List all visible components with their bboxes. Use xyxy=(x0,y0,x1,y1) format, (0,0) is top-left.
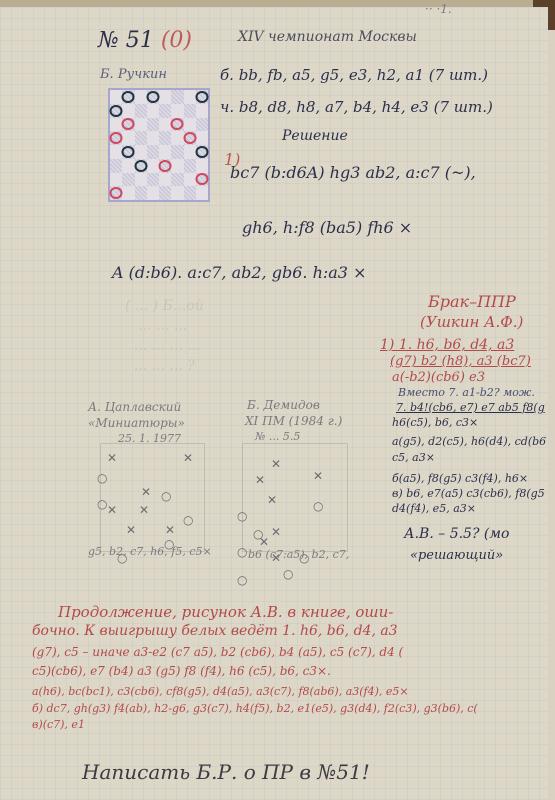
diagram-b-board: ✕✕✕✕✕✕✕○○○○○○○ xyxy=(242,443,348,552)
board-square xyxy=(159,145,171,159)
diagram-a-board: ✕✕✕✕✕✕✕○○○○○○ xyxy=(100,443,205,552)
board-square xyxy=(110,173,122,187)
board-square xyxy=(184,173,196,187)
circle-mark-icon: ○ xyxy=(97,498,107,510)
board-square xyxy=(135,159,147,173)
red-footer-line: бочно. К выигрышу белых ведёт 1. h6, b6,… xyxy=(32,623,398,639)
board-square xyxy=(196,173,208,187)
board-square xyxy=(171,131,183,145)
board-square xyxy=(135,118,147,132)
red-footer-line: (g7), c5 – иначе a3-e2 (c7 a5), b2 (cb6)… xyxy=(32,645,403,659)
cross-mark-icon: ✕ xyxy=(107,452,117,464)
top-marks: ·· ·1. xyxy=(425,2,452,16)
board-square xyxy=(122,159,134,173)
cross-mark-icon: ✕ xyxy=(141,486,151,498)
red-note-title: Брак–ППР xyxy=(428,292,516,311)
cross-mark-icon: ✕ xyxy=(183,452,193,464)
board-square xyxy=(147,131,159,145)
board-square xyxy=(159,104,171,118)
board-square xyxy=(196,159,208,173)
board-square xyxy=(184,145,196,159)
cross-mark-icon: ✕ xyxy=(107,504,117,516)
circle-mark-icon: ○ xyxy=(237,574,247,586)
cross-mark-icon: ✕ xyxy=(271,458,281,470)
board-square xyxy=(147,159,159,173)
red-checker-piece xyxy=(110,187,123,199)
red-footer-line: б) dc7, gh(g3) f4(ab), h2-g6, g3(c7), h4… xyxy=(32,702,478,715)
analysis-verdict: А.В. – 5.5? (мо xyxy=(404,526,509,542)
problem-number: № 51 (0) xyxy=(98,28,192,53)
red-checker-piece xyxy=(183,132,196,144)
cross-mark-icon: ✕ xyxy=(271,526,281,538)
diagram-b-source: XI ПМ (1984 г.) xyxy=(245,414,342,428)
board-square xyxy=(135,104,147,118)
board-square xyxy=(147,173,159,187)
board-square xyxy=(147,104,159,118)
board-square xyxy=(159,90,171,104)
board-square xyxy=(184,131,196,145)
board-square xyxy=(196,90,208,104)
board-square xyxy=(122,118,134,132)
red-checker-piece xyxy=(195,173,208,185)
board-square xyxy=(135,173,147,187)
diagram-b-author: Б. Демидов xyxy=(247,398,320,412)
circle-mark-icon: ○ xyxy=(237,546,247,558)
board-square xyxy=(122,173,134,187)
analysis-line: h6(c5), b6, c3× xyxy=(392,416,478,429)
black-checker-piece xyxy=(110,105,123,117)
board-square xyxy=(184,104,196,118)
board-square xyxy=(184,90,196,104)
board-square xyxy=(159,131,171,145)
circle-mark-icon: ○ xyxy=(283,568,293,580)
diagram-a-source: «Миниатюры» xyxy=(88,416,185,430)
problem-author: Б. Ручкин xyxy=(100,67,167,82)
board-square xyxy=(122,186,134,200)
diagram-b-number: № ... 5.5 xyxy=(255,430,300,443)
red-checker-piece xyxy=(122,118,135,130)
board-square xyxy=(147,90,159,104)
board-square xyxy=(159,186,171,200)
board-square xyxy=(147,186,159,200)
solution-heading: Решение xyxy=(282,128,348,144)
board-square xyxy=(122,104,134,118)
board-square xyxy=(110,90,122,104)
red-footer-line: в)(c7), e1 xyxy=(32,718,85,731)
board-square xyxy=(122,145,134,159)
cross-mark-icon: ✕ xyxy=(267,494,277,506)
solution-line-1: bc7 (b:d6A) hg3 ab2, a:c7 (~), xyxy=(230,163,476,182)
circle-mark-icon: ○ xyxy=(237,510,247,522)
black-checker-piece xyxy=(122,91,135,103)
board-square xyxy=(159,118,171,132)
board-square xyxy=(135,186,147,200)
cross-mark-icon: ✕ xyxy=(126,524,136,536)
board-square xyxy=(196,186,208,200)
board-square xyxy=(184,118,196,132)
circle-mark-icon: ○ xyxy=(313,500,323,512)
checkers-board xyxy=(108,88,210,202)
solution-line-2: gh6, h:f8 (ba5) fh6 × xyxy=(242,218,412,237)
board-square xyxy=(184,186,196,200)
problem-mark: (0) xyxy=(161,28,192,53)
circle-mark-icon: ○ xyxy=(183,514,193,526)
board-square xyxy=(110,145,122,159)
circle-mark-icon: ○ xyxy=(97,472,107,484)
board-square xyxy=(171,118,183,132)
red-checker-piece xyxy=(110,132,123,144)
board-square xyxy=(135,145,147,159)
board-square xyxy=(171,145,183,159)
red-footer-line: a(h6), bc(bc1), c3(cb6), cf8(g5), d4(a5)… xyxy=(32,685,409,698)
solution-variation-a: A (d:b6). a:c7, ab2, gb6. h:a3 × xyxy=(112,263,366,282)
diagram-a-author: А. Цаплавский xyxy=(88,400,181,414)
analysis-quote: «решающий» xyxy=(410,548,503,563)
analysis-intro: Вместо 7. a1-b2? мож. xyxy=(398,386,535,399)
red-note-line-2: (g7) b2 (h8), a3 (bc7) xyxy=(390,354,531,369)
black-pieces-line: ч. b8, d8, h8, a7, b4, h4, e3 (7 шт.) xyxy=(220,98,493,116)
circle-mark-icon: ○ xyxy=(253,528,263,540)
board-square xyxy=(110,131,122,145)
analysis-line: б(a5), f8(g5) c3(f4), h6× xyxy=(392,472,528,485)
board-square xyxy=(147,145,159,159)
board-square xyxy=(110,159,122,173)
cross-mark-icon: ✕ xyxy=(313,470,323,482)
red-note-line-3: a(-b2)(cb6) e3 xyxy=(392,370,485,385)
board-square xyxy=(110,186,122,200)
red-checker-piece xyxy=(159,160,172,172)
analysis-line: 7. b4!(cb6, e7) e7 ab5 f8(g xyxy=(396,401,545,414)
red-note-line-1: 1) 1. h6, b6, d4, a3 xyxy=(380,337,514,353)
circle-mark-icon: ○ xyxy=(161,490,171,502)
board-square xyxy=(196,145,208,159)
board-square xyxy=(171,104,183,118)
red-checker-piece xyxy=(171,118,184,130)
board-square xyxy=(159,159,171,173)
analysis-line: в) b6, e7(a5) c3(cb6), f8(g5 xyxy=(392,487,545,500)
analysis-line: a(g5), d2(c5), h6(d4), cd(b6 xyxy=(392,435,546,448)
board-square xyxy=(147,118,159,132)
board-square xyxy=(135,131,147,145)
black-checker-piece xyxy=(195,91,208,103)
board-square xyxy=(110,118,122,132)
board-square xyxy=(196,104,208,118)
board-square xyxy=(110,104,122,118)
signature-note: Написать Б.Р. о ПР в №51! xyxy=(82,760,370,784)
board-square xyxy=(196,118,208,132)
board-square xyxy=(184,159,196,173)
cross-mark-icon: ✕ xyxy=(255,474,265,486)
analysis-line: d4(f4), e5, a3× xyxy=(392,502,476,515)
board-square xyxy=(122,131,134,145)
diagram-b-caption: b6 (c7:a5), b2, c7, xyxy=(248,548,349,561)
black-checker-piece xyxy=(122,146,135,158)
board-square xyxy=(159,173,171,187)
board-square xyxy=(196,131,208,145)
black-checker-piece xyxy=(134,160,147,172)
board-square xyxy=(122,90,134,104)
black-checker-piece xyxy=(195,146,208,158)
board-square xyxy=(135,90,147,104)
red-footer-line: Продолжение, рисунок А.В. в книге, оши- xyxy=(58,603,393,621)
black-checker-piece xyxy=(146,91,159,103)
cross-mark-icon: ✕ xyxy=(165,524,175,536)
championship-title: XIV чемпионат Москвы xyxy=(238,29,417,45)
board-square xyxy=(171,90,183,104)
board-square xyxy=(171,173,183,187)
analysis-line: c5, a3× xyxy=(392,451,435,464)
erased-pencil-note: ( ... ) Б...ой ... ... ... ... ... ... .… xyxy=(125,296,204,376)
board-square xyxy=(171,186,183,200)
red-note-subtitle: (Ушкин А.Ф.) xyxy=(420,313,523,331)
white-pieces-line: б. bb, fb, a5, g5, e3, h2, a1 (7 шт.) xyxy=(220,66,488,84)
red-footer-line: c5)(cb6), e7 (b4) a3 (g5) f8 (f4), h6 (c… xyxy=(32,664,331,678)
cross-mark-icon: ✕ xyxy=(139,504,149,516)
diagram-a-caption: g5, b2, c7, h6, f5, c5× xyxy=(88,545,212,558)
board-square xyxy=(171,159,183,173)
